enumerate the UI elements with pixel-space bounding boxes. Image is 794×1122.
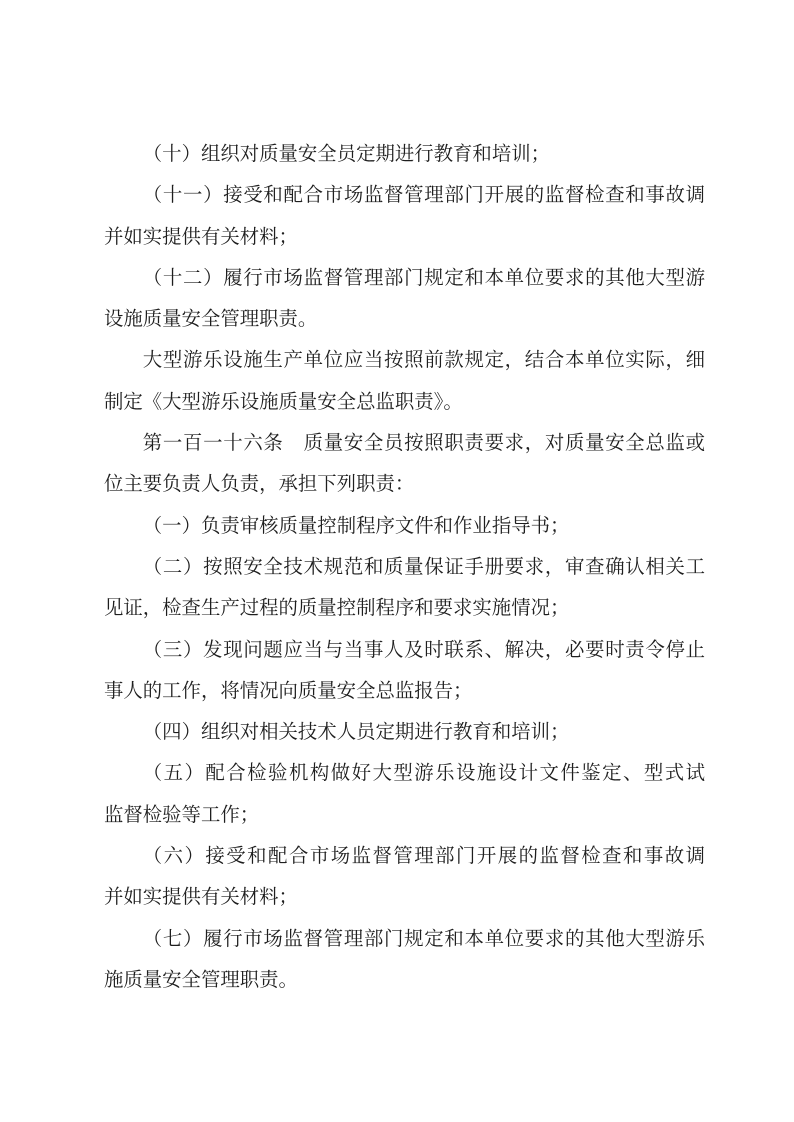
text-line: （二）按照安全技术规范和质量保证手册要求，审查确认相关工作 — [104, 547, 705, 588]
text-line: （五）配合检验机构做好大型游乐设施设计文件鉴定、型式试验、 — [104, 753, 705, 794]
paragraph: （十）组织对质量安全员定期进行教育和培训； — [104, 134, 705, 175]
text-line: （四）组织对相关技术人员定期进行教育和培训； — [104, 712, 705, 753]
text-line: 并如实提供有关材料； — [104, 217, 705, 258]
text-line: 施质量安全管理职责。 — [104, 960, 705, 1001]
paragraph: （三）发现问题应当与当事人及时联系、解决，必要时责令停止当事人的工作，将情况向质… — [104, 630, 705, 713]
text-line: 监督检验等工作； — [104, 795, 705, 836]
paragraph: （十一）接受和配合市场监督管理部门开展的监督检查和事故调查，并如实提供有关材料； — [104, 175, 705, 258]
text-line: （十一）接受和配合市场监督管理部门开展的监督检查和事故调查， — [104, 175, 705, 216]
text-line: 见证，检查生产过程的质量控制程序和要求实施情况； — [104, 588, 705, 629]
paragraph: （七）履行市场监督管理部门规定和本单位要求的其他大型游乐设施质量安全管理职责。 — [104, 919, 705, 1002]
text-line: 第一百一十六条 质量安全员按照职责要求，对质量安全总监或者单 — [104, 423, 705, 464]
text-line: 制定《大型游乐设施质量安全总监职责》。 — [104, 382, 705, 423]
paragraph: （一）负责审核质量控制程序文件和作业指导书； — [104, 506, 705, 547]
paragraph: 大型游乐设施生产单位应当按照前款规定，结合本单位实际，细化制定《大型游乐设施质量… — [104, 340, 705, 423]
text-line: 设施质量安全管理职责。 — [104, 299, 705, 340]
paragraph: （四）组织对相关技术人员定期进行教育和培训； — [104, 712, 705, 753]
document-content: （十）组织对质量安全员定期进行教育和培训；（十一）接受和配合市场监督管理部门开展… — [104, 134, 705, 1001]
text-line: （十）组织对质量安全员定期进行教育和培训； — [104, 134, 705, 175]
paragraph: （六）接受和配合市场监督管理部门开展的监督检查和事故调查，并如实提供有关材料； — [104, 836, 705, 919]
text-line: 位主要负责人负责，承担下列职责： — [104, 464, 705, 505]
text-line: （十二）履行市场监督管理部门规定和本单位要求的其他大型游乐 — [104, 258, 705, 299]
text-line: 并如实提供有关材料； — [104, 877, 705, 918]
text-line: （三）发现问题应当与当事人及时联系、解决，必要时责令停止当 — [104, 630, 705, 671]
text-line: （一）负责审核质量控制程序文件和作业指导书； — [104, 506, 705, 547]
paragraph: （二）按照安全技术规范和质量保证手册要求，审查确认相关工作见证，检查生产过程的质… — [104, 547, 705, 630]
text-line: 大型游乐设施生产单位应当按照前款规定，结合本单位实际，细化 — [104, 340, 705, 381]
paragraph: 第一百一十六条 质量安全员按照职责要求，对质量安全总监或者单位主要负责人负责，承… — [104, 423, 705, 506]
paragraph: （十二）履行市场监督管理部门规定和本单位要求的其他大型游乐设施质量安全管理职责。 — [104, 258, 705, 341]
text-line: （六）接受和配合市场监督管理部门开展的监督检查和事故调查， — [104, 836, 705, 877]
paragraph: （五）配合检验机构做好大型游乐设施设计文件鉴定、型式试验、监督检验等工作； — [104, 753, 705, 836]
text-line: 事人的工作，将情况向质量安全总监报告； — [104, 671, 705, 712]
text-line: （七）履行市场监督管理部门规定和本单位要求的其他大型游乐设 — [104, 919, 705, 960]
document-page: （十）组织对质量安全员定期进行教育和培训；（十一）接受和配合市场监督管理部门开展… — [0, 0, 794, 1122]
